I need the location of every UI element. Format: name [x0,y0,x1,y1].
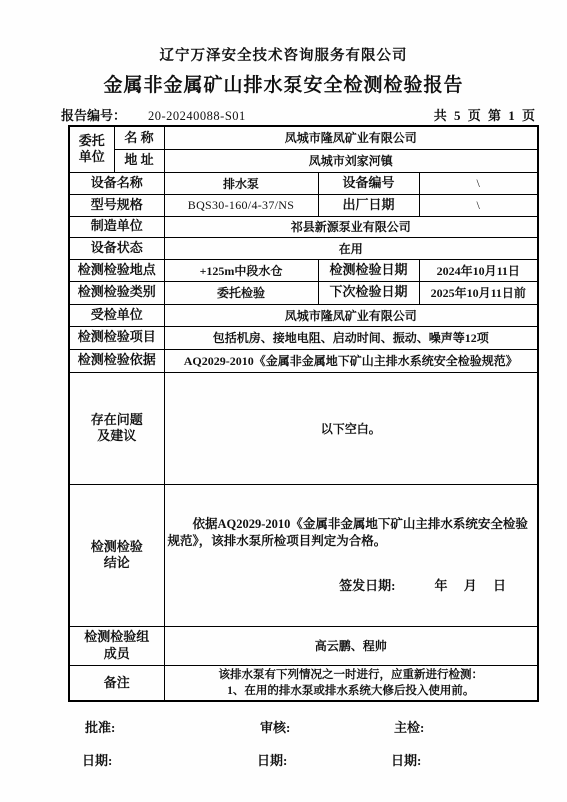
conclusion-label: 检测检验 结论 [69,484,164,626]
review-date-label: 日期: [257,750,391,769]
chief-date-label: 日期: [391,750,421,769]
problems-value: 以下空白。 [164,372,538,484]
next-inspection-date-label: 下次检验日期 [318,281,419,304]
table-row: 制造单位 祁县新源泵业有限公司 [69,216,538,237]
table-row: 型号规格 BQS30-160/4-37/NS 出厂日期 \ [69,194,538,216]
factory-date-value: \ [419,194,538,216]
remark-label: 备注 [69,665,164,701]
inspection-team-label: 检测检验组 成员 [69,626,164,665]
manufacturer-value: 祁县新源泵业有限公司 [164,216,538,237]
client-address-label: 地 址 [114,149,164,172]
table-row: 检测检验项目 包括机房、接地电阻、启动时间、振动、噪声等12项 [69,326,538,349]
inspection-form-table: 委托 单位 名 称 凤城市隆凤矿业有限公司 地 址 凤城市刘家河镇 设备名称 排… [68,125,539,702]
problems-label: 存在问题 及建议 [69,372,164,484]
inspection-category-value: 委托检验 [164,281,318,304]
table-row: 设备状态 在用 [69,237,538,259]
inspection-items-label: 检测检验项目 [69,326,164,349]
inspected-org-label: 受检单位 [69,304,164,326]
table-row: 存在问题 及建议 以下空白。 [69,372,538,484]
inspection-location-label: 检测检验地点 [69,259,164,281]
report-number-label: 报告编号： [61,105,126,124]
device-no-value: \ [419,172,538,194]
remark-value: 该排水泵有下列情况之一时进行，应重新进行检测： 1、在用的排水泵或排水系统大修后… [164,665,538,701]
table-row: 检测检验类别 委托检验 下次检验日期 2025年10月11日前 [69,281,538,304]
table-row: 设备名称 排水泵 设备编号 \ [69,172,538,194]
inspection-date-value: 2024年10月11日 [419,259,538,281]
device-status-value: 在用 [164,237,538,259]
organization-name: 辽宁万泽安全技术咨询服务有限公司 [0,44,567,65]
inspection-basis-label: 检测检验依据 [69,349,164,372]
conclusion-cell: 依据AQ2029-2010《金属非金属地下矿山主排水系统安全检验规范》，该排水泵… [164,484,538,626]
table-row: 检测检验地点 +125m中段水仓 检测检验日期 2024年10月11日 [69,259,538,281]
inspection-items-value: 包括机房、接地电阻、启动时间、振动、噪声等12项 [164,326,538,349]
device-status-label: 设备状态 [69,237,164,259]
client-address-value: 凤城市刘家河镇 [164,149,538,172]
table-row: 检测检验依据 AQ2029-2010《金属非金属地下矿山主排水系统安全检验规范》 [69,349,538,372]
inspected-org-value: 凤城市隆凤矿业有限公司 [164,304,538,326]
report-page: 辽宁万泽安全技术咨询服务有限公司 金属非金属矿山排水泵安全检测检验报告 报告编号… [0,0,567,769]
review-label: 审核: [260,717,394,736]
inspection-basis-value: AQ2029-2010《金属非金属地下矿山主排水系统安全检验规范》 [164,349,538,372]
table-row: 检测检验 结论 依据AQ2029-2010《金属非金属地下矿山主排水系统安全检验… [69,484,538,626]
next-inspection-date-value: 2025年10月11日前 [419,281,538,304]
table-row: 委托 单位 名 称 凤城市隆凤矿业有限公司 [69,126,538,149]
device-no-label: 设备编号 [318,172,419,194]
client-name-value: 凤城市隆凤矿业有限公司 [164,126,538,149]
factory-date-label: 出厂日期 [318,194,419,216]
inspection-date-label: 检测检验日期 [318,259,419,281]
model-value: BQS30-160/4-37/NS [164,194,318,216]
table-row: 备注 该排水泵有下列情况之一时进行，应重新进行检测： 1、在用的排水泵或排水系统… [69,665,538,701]
model-label: 型号规格 [69,194,164,216]
inspection-team-value: 高云鹏、程帅 [164,626,538,665]
signature-row: 批准: 审核: 主检: [85,717,567,736]
page-title: 金属非金属矿山排水泵安全检测检验报告 [0,70,567,97]
table-row: 地 址 凤城市刘家河镇 [69,149,538,172]
table-row: 受检单位 凤城市隆凤矿业有限公司 [69,304,538,326]
chief-inspector-label: 主检: [394,717,424,736]
page-count: 共 5 页 第 1 页 [434,105,537,124]
device-name-value: 排水泵 [164,172,318,194]
signature-date-row: 日期: 日期: 日期: [82,750,567,769]
sign-date-line: 签发日期: 年 月 日 [168,575,535,594]
client-name-label: 名 称 [114,126,164,149]
device-name-label: 设备名称 [69,172,164,194]
client-group-label: 委托 单位 [69,126,114,172]
conclusion-text: 依据AQ2029-2010《金属非金属地下矿山主排水系统安全检验规范》，该排水泵… [168,516,535,550]
report-number-line: 报告编号： 20-20240088-S01 共 5 页 第 1 页 [61,105,537,124]
report-number-value: 20-20240088-S01 [148,109,246,124]
approve-label: 批准: [85,717,260,736]
inspection-location-value: +125m中段水仓 [164,259,318,281]
table-row: 检测检验组 成员 高云鹏、程帅 [69,626,538,665]
approve-date-label: 日期: [82,750,257,769]
manufacturer-label: 制造单位 [69,216,164,237]
inspection-category-label: 检测检验类别 [69,281,164,304]
